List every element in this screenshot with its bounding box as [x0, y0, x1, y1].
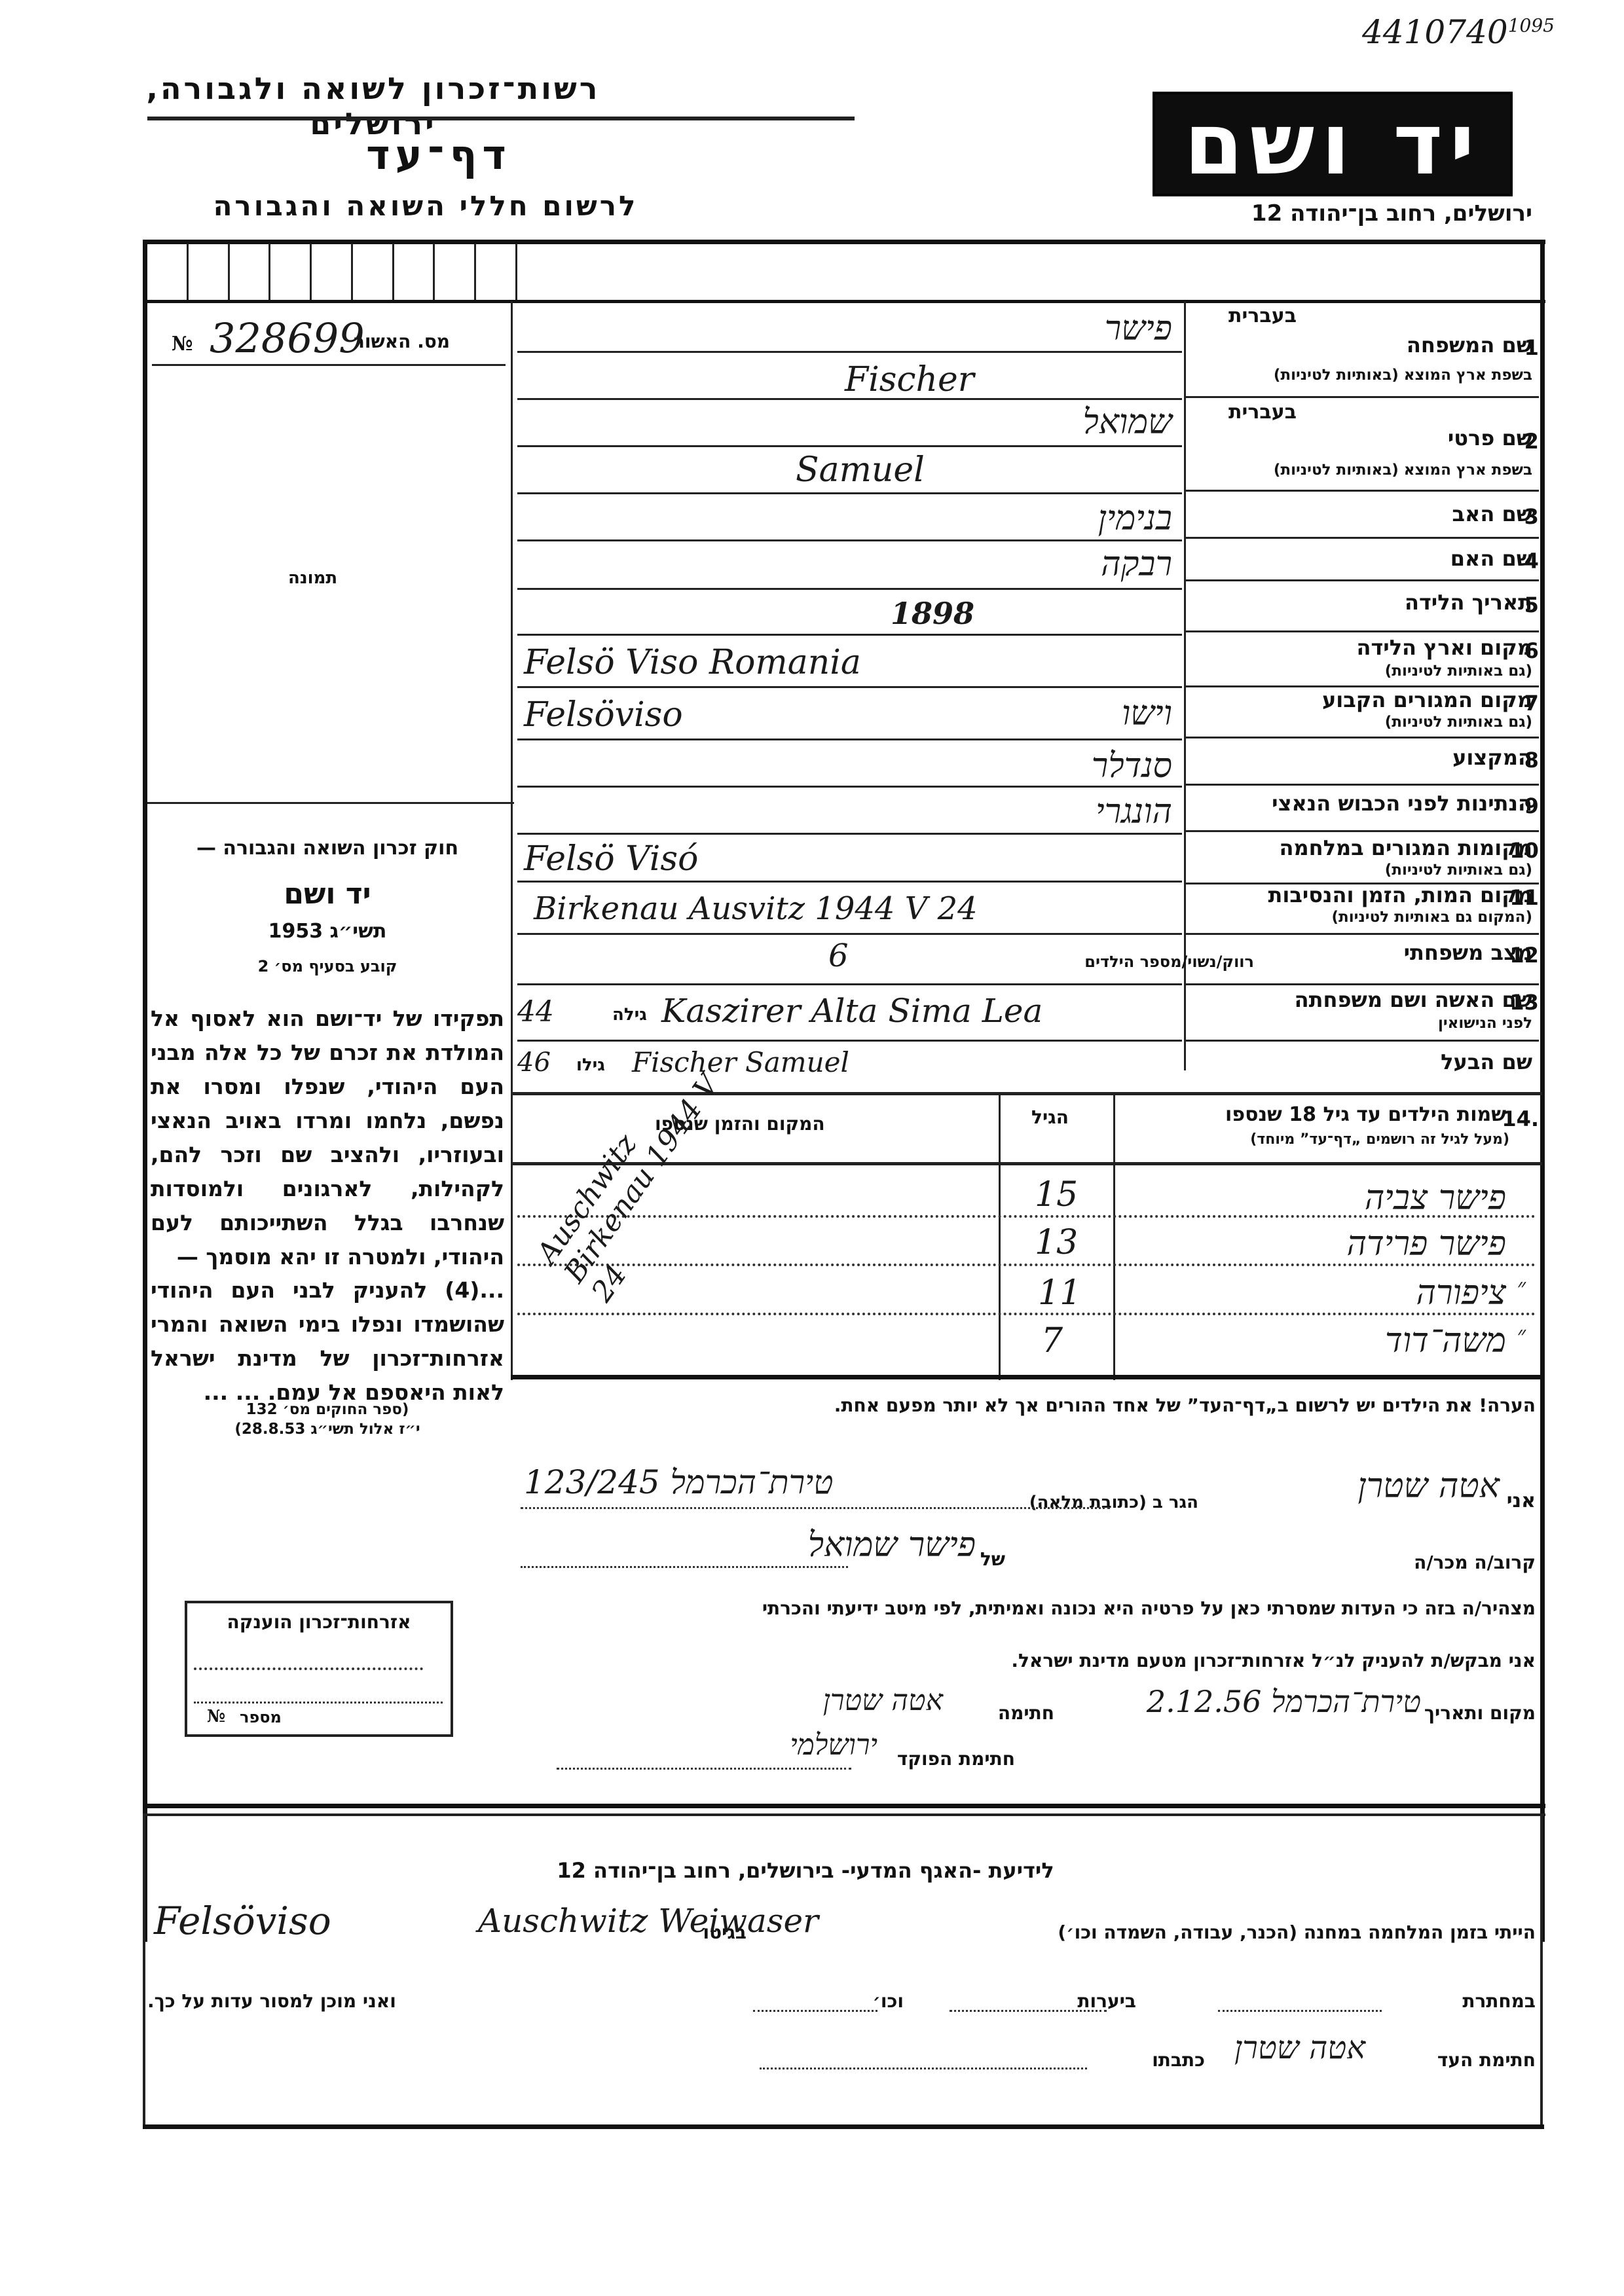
handwritten-file-number: 44107401095 [1362, 13, 1555, 51]
code-cells [147, 244, 517, 301]
children-number: 14. [1502, 1106, 1539, 1131]
relative-line [521, 1566, 848, 1568]
form-left-border [143, 240, 147, 1942]
child-3-age: 11 [1038, 1273, 1081, 1313]
witness-address-label: כתבתו [1152, 2049, 1205, 2071]
form-left-border [143, 1813, 145, 2128]
field-1-sub: בשפת ארץ המוצא (באותיות לטיניות) [1274, 367, 1532, 384]
citizenship-box: אזרחות־זכרון הוענקה מספר № [185, 1601, 453, 1737]
field-11-sub: (המקום גם באותיות לטיניות) [1332, 909, 1533, 926]
divider [147, 802, 514, 804]
nationality-value: הונגרי [1096, 792, 1172, 831]
form-right-border [1540, 1813, 1543, 2128]
field-12-label: מצב משפחתי [1404, 941, 1532, 964]
divider [1185, 630, 1539, 632]
signature-label: חתימה [998, 1702, 1054, 1724]
divider [517, 833, 1182, 835]
officer-line [557, 1768, 851, 1770]
divider [1185, 490, 1539, 492]
divider [1185, 1040, 1539, 1042]
child-1-name: פישר צביה [1365, 1178, 1506, 1218]
file-number-value: 4410740 [1362, 13, 1508, 51]
signature-value: אטה שטרן [823, 1684, 943, 1717]
father-name-value: בנימין [1098, 499, 1172, 538]
divider [1185, 396, 1539, 398]
divider [517, 539, 1182, 541]
witness-signature-label: חתימת העד [1437, 2049, 1536, 2071]
number-symbol: № [172, 333, 193, 355]
child-2-name: פישר פרידה [1347, 1224, 1507, 1264]
residence-hebrew-value: וישו [1122, 694, 1172, 733]
husband-age-label: גילו [576, 1055, 605, 1075]
photo-label: תמונה [288, 568, 337, 588]
section-divider [144, 1813, 1545, 1816]
wife-age-label: גילה [612, 1005, 647, 1025]
underground-label: במחתרת [1462, 1990, 1536, 2012]
column-divider [511, 301, 513, 1100]
form-bottom-border [143, 2124, 1544, 2129]
divider [517, 881, 1182, 883]
wartime-residence-value: Felsö Visó [524, 839, 698, 879]
birth-date-value: 1898 [891, 596, 974, 631]
field-9-label: הנתינות לפני הכבוש הנאצי [1272, 792, 1532, 815]
ready-to-testify-text: ואני מוכן למסור עדות על כך. [147, 1990, 396, 2012]
column-divider [1113, 1092, 1115, 1380]
divider [1185, 983, 1539, 985]
law-reference-1: (ספר החוקים מס׳ 132 [157, 1401, 498, 1418]
address-line [521, 1507, 1110, 1509]
children-header-note: (מעל לגיל זה רושמים „דף־עד” מיוחד) [1250, 1131, 1509, 1148]
citizenship-box-line [194, 1702, 443, 1704]
divider [147, 117, 855, 120]
declaration-i-label: אני [1507, 1489, 1536, 1512]
children-table-bottom [511, 1375, 1542, 1379]
relative-label: קרוב/ה מכר/ה [1414, 1552, 1536, 1573]
section-divider [144, 1804, 1545, 1808]
divider [1185, 784, 1539, 786]
child-4-age: 7 [1041, 1321, 1063, 1360]
officer-signature-value: ירושלמי [790, 1728, 877, 1762]
research-ghetto-value: Felsöviso [154, 1899, 331, 1943]
field-2-label: שם פרטי [1448, 427, 1532, 450]
child-2-age: 13 [1035, 1223, 1078, 1262]
research-title: לידיעת -האגף המדעי- בירושלים, רחוב בן־יה… [511, 1858, 1100, 1883]
divider [517, 983, 1182, 985]
divider [144, 300, 1545, 303]
field-2-hebrew-tag: בעברית [1228, 401, 1297, 424]
witness-signature-value: אטה שטרן [1234, 2030, 1365, 2066]
divider [517, 686, 1182, 688]
number-symbol: № [207, 1707, 225, 1726]
law-paragraph-1: תפקידו של יד־ושם הוא לאסוף אל המולדת את … [151, 1002, 504, 1274]
citizenship-box-title: אזרחות־זכרון הוענקה [187, 1611, 451, 1633]
children-header-name: שמות הילדים עד גיל 18 שנספו [1225, 1103, 1506, 1126]
wife-name-value: Kaszirer Alta Sima Lea [661, 992, 1043, 1030]
field-1-hebrew-tag: בעברית [1228, 304, 1297, 327]
given-name-latin-value: Samuel [796, 450, 925, 490]
form-subtitle: לרשום חללי השואה והגבורה [196, 190, 655, 222]
approval-label: מס. האשור [354, 331, 450, 352]
witness-name-value: אטה שטרן [1357, 1467, 1500, 1506]
children-header-age: הגיל [1031, 1106, 1069, 1128]
divider [517, 738, 1182, 740]
marital-status-label: רווק/נשוי/מספר הילדים [1084, 953, 1254, 971]
divider [1185, 933, 1539, 935]
address-label: הגר ב (כתובת מלאה) [1029, 1493, 1198, 1512]
divider [152, 364, 506, 366]
field-2-sub: בשפת ארץ המוצא (באותיות לטיניות) [1274, 462, 1532, 479]
law-title: חוק זכרון השואה והגבורה — [157, 837, 498, 860]
divider [1185, 537, 1539, 539]
husband-label: שם הבעל [1441, 1051, 1532, 1074]
profession-value: סנדלר [1092, 746, 1172, 786]
research-camp-label: הייתי בזמן המלחמה במחנה (הכנר, עבודה, הש… [1058, 1922, 1536, 1943]
divider [517, 1040, 1182, 1042]
approval-number: 328699 [210, 314, 365, 362]
field-7-label: מקום המגורים הקבוע [1322, 689, 1532, 712]
child-3-name: ציפורה [1416, 1273, 1506, 1313]
address: ירושלים, רחוב בן־יהודה 12 [1179, 200, 1532, 227]
statement-text: מצהיר/ה בזה כי העדות שמסרתי כאן על פרטיה… [762, 1597, 1536, 1619]
witness-address-value: טירת־הכרמל 123/245 [524, 1463, 833, 1501]
field-3-label: שם האב [1452, 503, 1532, 526]
child-4-name: משה־דוד [1385, 1321, 1506, 1360]
field-1-label: שם המשפחה [1407, 334, 1532, 357]
divider [1185, 579, 1539, 581]
etc-line [753, 2010, 877, 2012]
row-divider [517, 1313, 1536, 1315]
field-5-label: תאריך הלידה [1405, 591, 1532, 614]
residence-value: Felsöviso [524, 695, 683, 735]
field-10-sub: (גם באותיות לטיניות) [1385, 862, 1532, 879]
divider [517, 588, 1182, 590]
divider [1185, 830, 1539, 832]
divider [517, 445, 1182, 447]
birth-place-value: Felsö Viso Romania [524, 643, 861, 682]
place-date-label: מקום ותאריך [1424, 1702, 1536, 1724]
column-divider [999, 1092, 1001, 1380]
field-7-sub: (גם באותיות לטיניות) [1385, 714, 1532, 731]
law-name: יד ושם [157, 877, 498, 911]
form-right-border [1540, 240, 1545, 1942]
wife-age-value: 44 [517, 995, 554, 1029]
child-4-ditto-mark: ״ [1517, 1321, 1526, 1349]
witness-address-line [760, 2068, 1087, 2069]
yad-vashem-logo: יד ושם [1153, 92, 1513, 196]
file-number-suffix: 1095 [1508, 14, 1555, 36]
divider [517, 492, 1182, 494]
field-13-label: שם האשה ושם משפחתה [1295, 989, 1532, 1011]
death-place-value: Birkenau Ausvitz 1944 V 24 [534, 890, 978, 927]
place-date-value: טירת־הכרמל 2.12.56 [1147, 1684, 1421, 1719]
child-1-age: 15 [1035, 1175, 1078, 1214]
field-6-sub: (גם באותיות לטיניות) [1385, 663, 1532, 680]
underground-line [1218, 2010, 1382, 2012]
field-13-sub: לפני הנישואין [1438, 1015, 1532, 1032]
forests-line [950, 2010, 1107, 2012]
citizenship-number-label: מספר [240, 1708, 282, 1726]
etc-label: וכו׳ [872, 1990, 904, 2012]
divider [517, 634, 1182, 636]
mother-name-value: רבקה [1101, 545, 1172, 584]
given-name-hebrew-value: שמואל [1083, 403, 1172, 442]
officer-signature-label: חתימת הפוקד [897, 1748, 1015, 1770]
form-title: דף־עד [341, 131, 537, 179]
request-text: אני מבקש/ת להעניק לנ״ל אזרחות־זכרון מטעם… [1011, 1650, 1536, 1671]
of-label: של [980, 1548, 1005, 1570]
logo-text: יד ושם [1184, 94, 1481, 194]
field-6-label: מקום וארץ הלידה [1356, 636, 1532, 659]
field-10-label: מקומות המגורים במלחמה [1279, 837, 1532, 860]
note-text: הערה! את הילדים יש לרשום ב„דף־העד” של אח… [834, 1394, 1536, 1416]
divider [517, 933, 1182, 935]
divider [1185, 737, 1539, 738]
marital-status-value: 6 [828, 938, 849, 974]
citizenship-box-line [194, 1667, 423, 1670]
row-divider [517, 1264, 1536, 1266]
field-8-label: המקצוע [1452, 746, 1532, 769]
child-3-ditto-mark: ״ [1517, 1273, 1526, 1301]
divider [517, 786, 1182, 788]
research-camp-value: Auschwitz Weiwaser [478, 1902, 819, 1940]
column-divider [511, 1092, 513, 1380]
husband-age-value: 46 [517, 1048, 551, 1078]
field-4-label: שם האם [1450, 547, 1532, 570]
law-paragraph-2: ...(4) להעניק לבני העם היהודי שהושמדו ונ… [151, 1273, 504, 1410]
relative-of-value: פישר שמואל [808, 1525, 976, 1565]
law-reference-2: י״ז אלול תשי״ג 28.8.53) [157, 1421, 498, 1438]
law-year: תשי״ג 1953 [157, 920, 498, 943]
law-section: קובע בסעיף מס׳ 2 [157, 957, 498, 975]
surname-hebrew-value: פישר [1105, 309, 1172, 348]
forests-label: ביערות [1077, 1990, 1136, 2012]
divider [517, 351, 1182, 353]
surname-latin-value: Fischer [845, 360, 974, 399]
field-11-label: מקום המות, הזמן והנסיבות [1268, 884, 1532, 907]
